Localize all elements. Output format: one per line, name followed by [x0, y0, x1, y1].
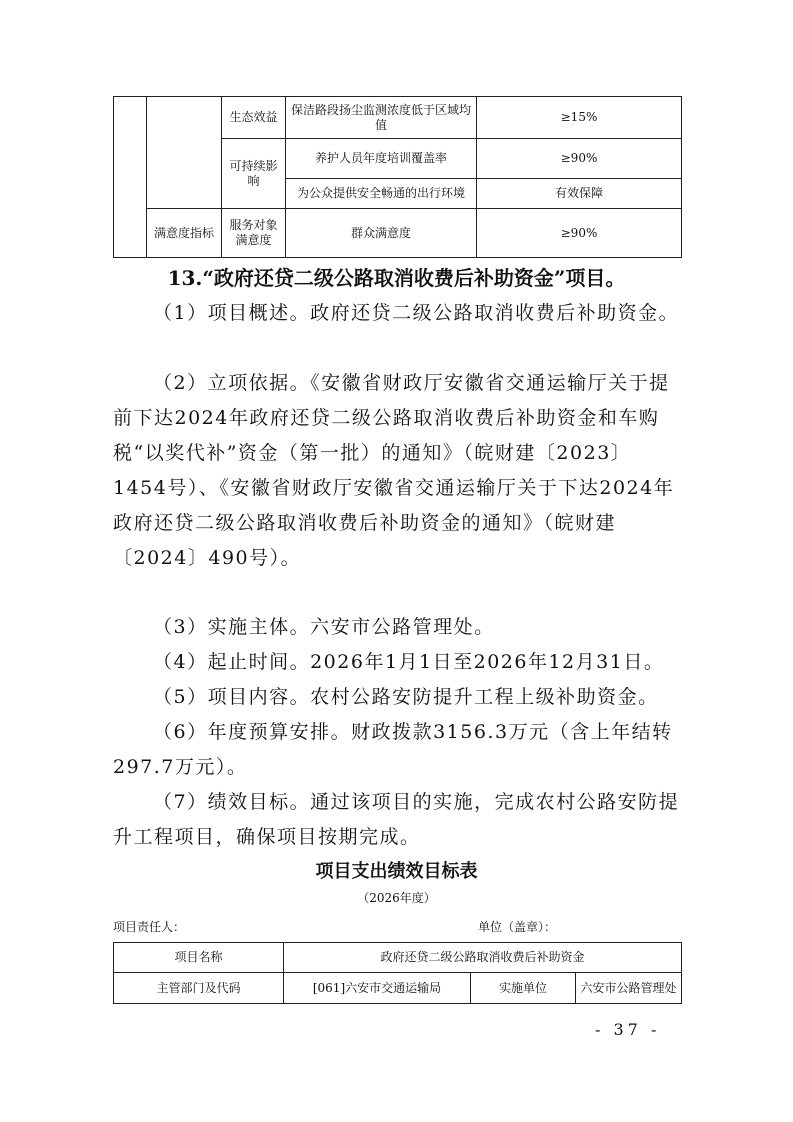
impl-value: 六安市公路管理处 [576, 973, 682, 1004]
value-cell: ≥15% [477, 97, 682, 139]
category-cell: 满意度指标 [147, 209, 222, 258]
item-overview: （1）项目概述。政府还贷二级公路取消收费后补助资金。 [113, 296, 683, 331]
sub-indicator-cell: 生态效益 [222, 97, 286, 139]
value-cell: ≥90% [477, 139, 682, 179]
indicator-cell: 养护人员年度培训覆盖率 [286, 139, 477, 179]
item-basis: （2）立项依据。《安徽省财政厅安徽省交通运输厅关于提前下达2024年政府还贷二级… [113, 366, 683, 576]
sub-indicator-cell: 可持续影响 [222, 139, 286, 209]
item-period: （4）起止时间。2026年1月1日至2026年12月31日。 [113, 645, 683, 680]
indicator-cell: 群众满意度 [286, 209, 477, 258]
responsible-label: 项目责任人： [113, 918, 185, 935]
perf-table-year: （2026年度） [0, 889, 793, 906]
item-budget: （6）年度预算安排。财政拨款3156.3万元（含上年结转297.7万元）。 [113, 715, 683, 785]
item-content: （5）项目内容。农村公路安防提升工程上级补助资金。 [113, 680, 683, 715]
perf-table-title: 项目支出绩效目标表 [0, 857, 793, 883]
sub-indicator-cell: 服务对象满意度 [222, 209, 286, 258]
value-cell: 有效保障 [477, 179, 682, 209]
impl-label: 实施单位 [471, 973, 576, 1004]
item-goal: （7）绩效目标。通过该项目的实施，完成农村公路安防提升工程项目，确保项目按期完成… [113, 785, 683, 855]
level2-cell [147, 97, 222, 209]
unit-label: 单位（盖章）： [478, 918, 556, 935]
item-implementer: （3）实施主体。六安市公路管理处。 [113, 610, 683, 645]
project-name-value: 政府还贷二级公路取消收费后补助资金 [284, 943, 682, 973]
section-heading: 13.“政府还贷二级公路取消收费后补助资金”项目。 [0, 262, 793, 291]
perf-target-table: 项目名称 政府还贷二级公路取消收费后补助资金 主管部门及代码 [061]六安市交… [113, 942, 682, 1004]
value-cell: ≥90% [477, 209, 682, 258]
level1-cell [114, 97, 147, 258]
dept-value: [061]六安市交通运输局 [284, 973, 471, 1004]
indicator-cell: 保洁路段扬尘监测浓度低于区域均值 [286, 97, 477, 139]
indicator-table-continuation: 生态效益 保洁路段扬尘监测浓度低于区域均值 ≥15% 可持续影响 养护人员年度培… [113, 96, 682, 258]
page-number: - 37 - [595, 1020, 660, 1039]
dept-label: 主管部门及代码 [114, 973, 284, 1004]
indicator-cell: 为公众提供安全畅通的出行环境 [286, 179, 477, 209]
project-name-label: 项目名称 [114, 943, 284, 973]
